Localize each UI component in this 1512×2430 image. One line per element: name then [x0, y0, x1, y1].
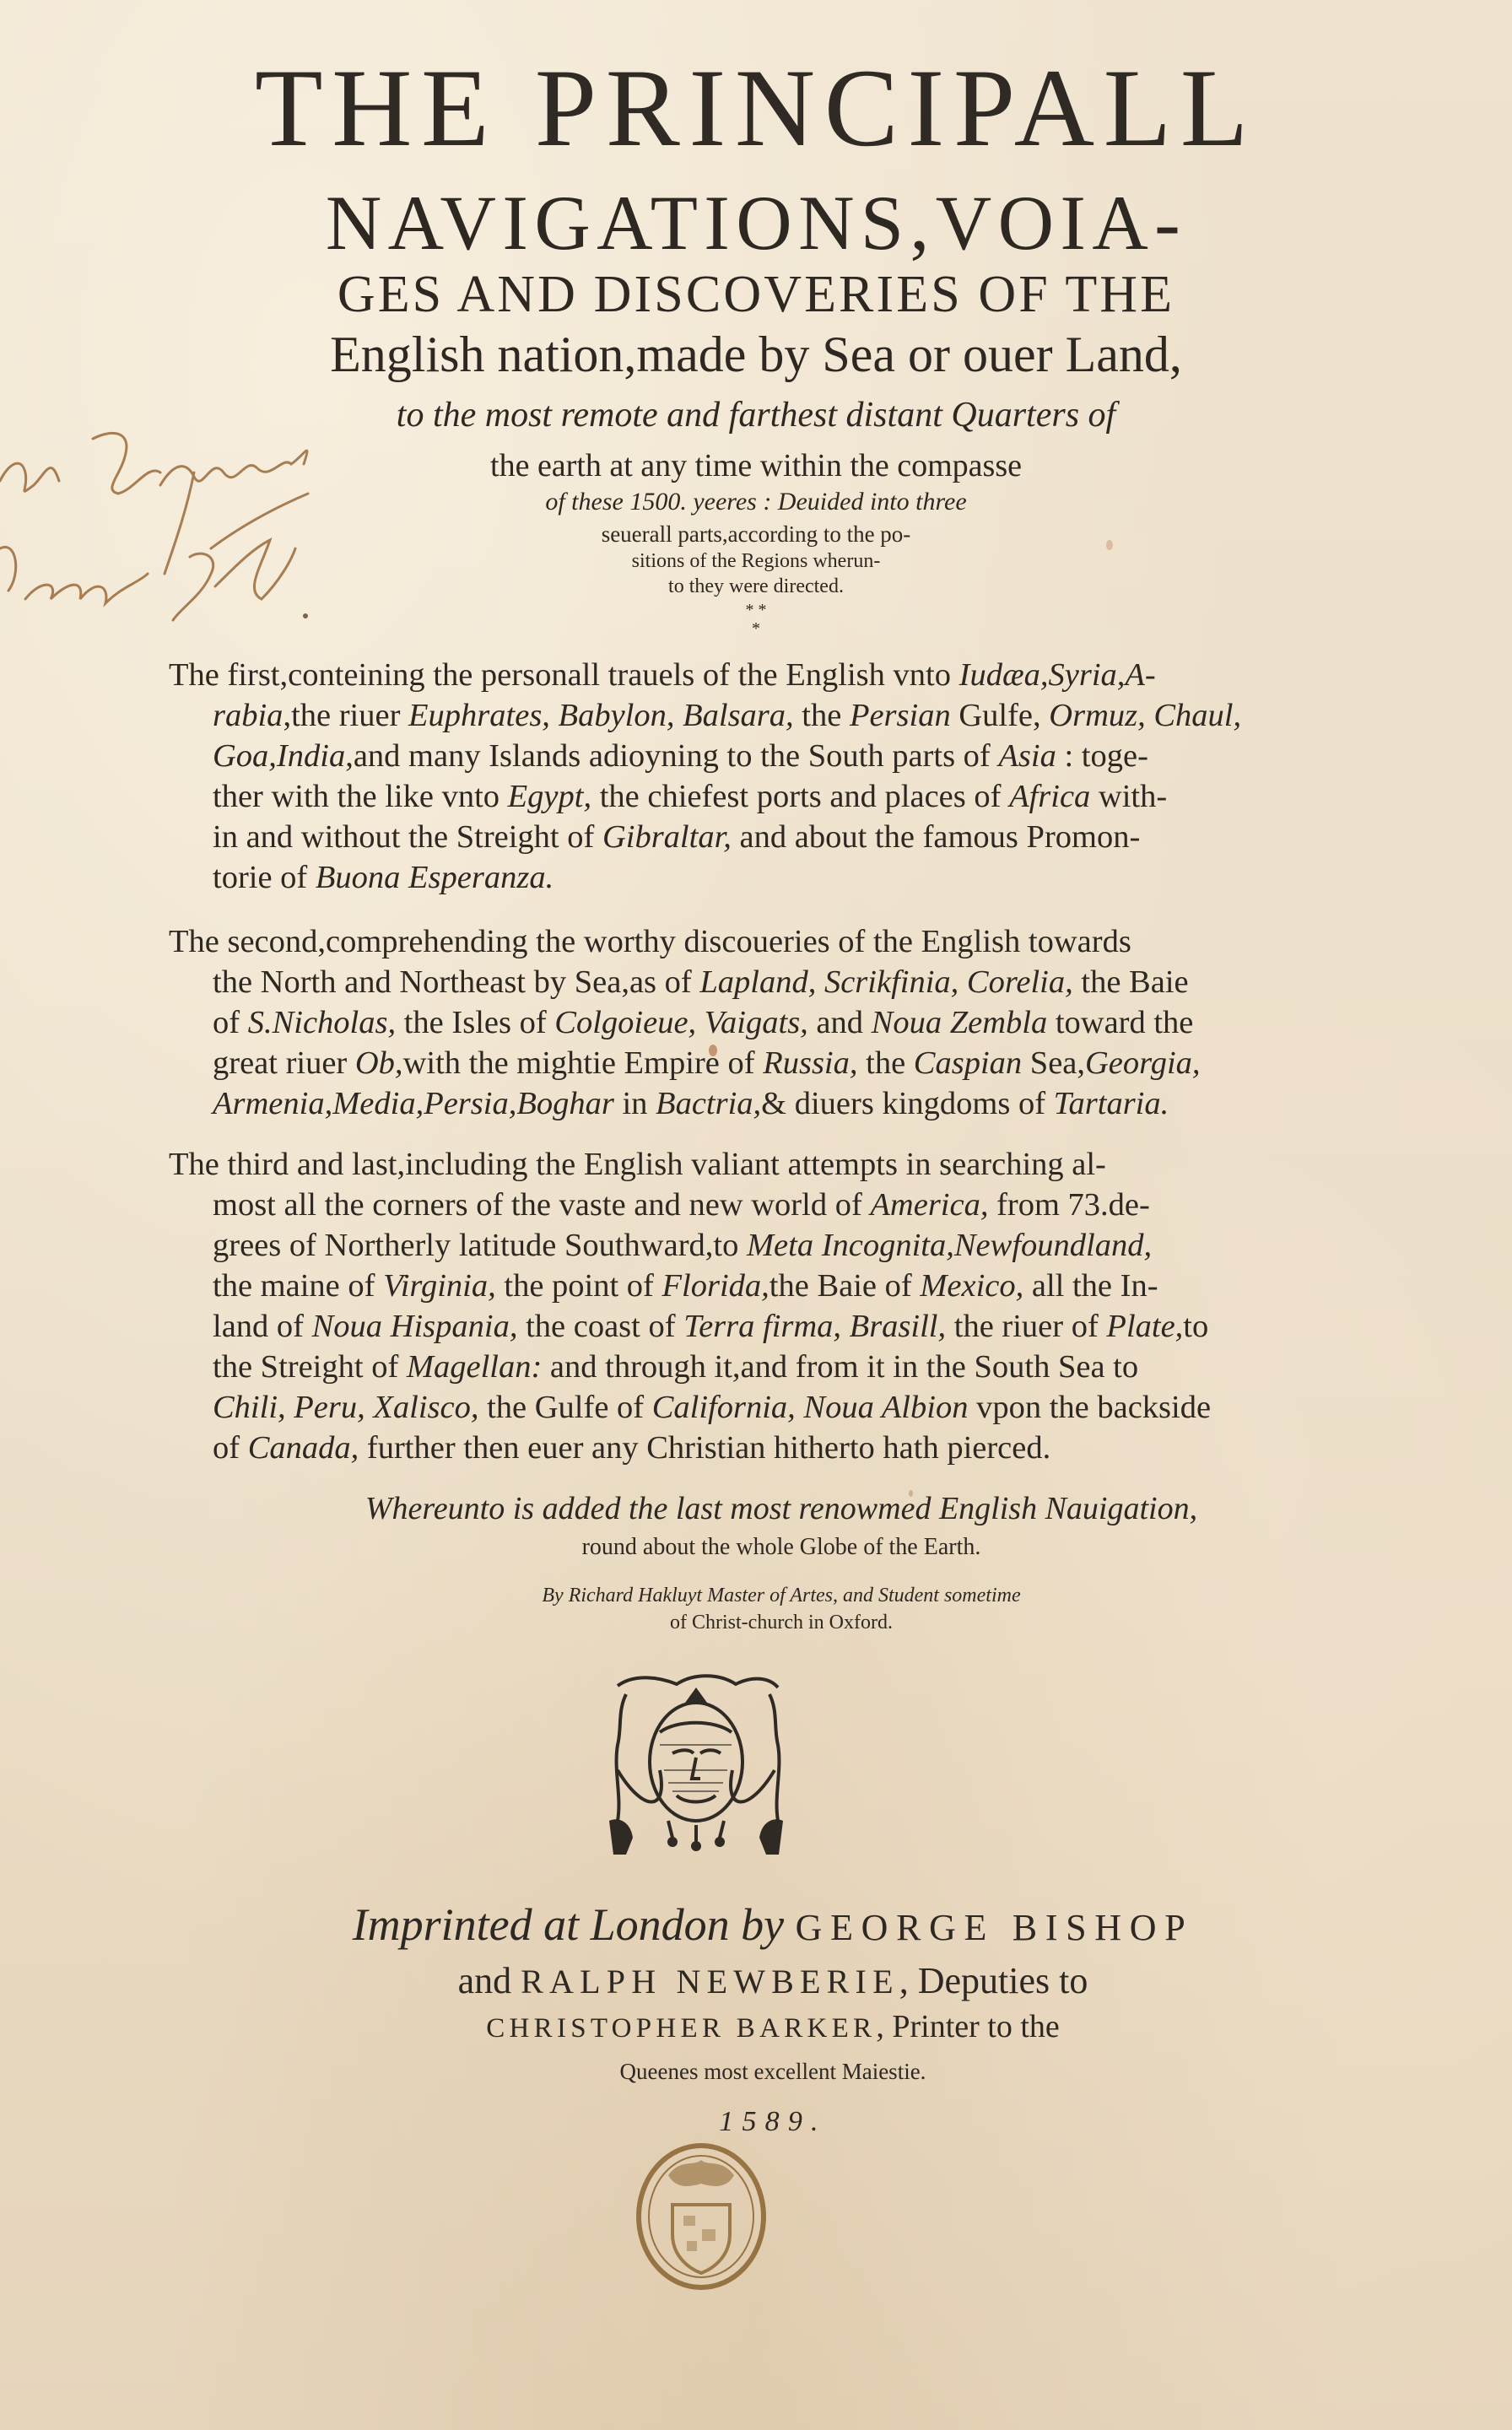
part-first-line-4: ther with the like vnto Egypt, the chief…: [169, 776, 1282, 817]
part-third-line-8: of Canada, further then euer any Christi…: [169, 1428, 1282, 1468]
part-second-line-1: The second,comprehending the worthy disc…: [169, 921, 1282, 962]
title-page: THE PRINCIPALL NAVIGATIONS,VOIA- GES AND…: [0, 0, 1512, 2430]
author-line-2: of Christ-church in Oxford.: [25, 1612, 1512, 1634]
part-first-paragraph: The first,conteining the personall traue…: [169, 655, 1282, 898]
part-second-line-5: Armenia,Media,Persia,Boghar in Bactria,&…: [169, 1083, 1282, 1124]
part-first-line-1: The first,conteining the personall traue…: [169, 655, 1282, 695]
author-line-1: By Richard Hakluyt Master of Artes, and …: [25, 1585, 1512, 1607]
part-third-line-4: the maine of Virginia, the point of Flor…: [169, 1266, 1282, 1306]
part-third-line-1: The third and last,including the English…: [169, 1144, 1282, 1185]
foxing-spot: [909, 1490, 913, 1497]
imprint-line-3: Christopher Barker, Printer to the: [17, 2008, 1512, 2045]
part-second-paragraph: The second,comprehending the worthy disc…: [169, 921, 1282, 1124]
title-line-4: English nation,made by Sea or ouer Land,: [0, 329, 1512, 380]
part-first-line-2: rabia,the riuer Euphrates, Babylon, Bals…: [169, 695, 1282, 736]
publication-year: 1589.: [17, 2106, 1512, 2138]
title-line-3: GES AND DISCOVERIES OF THE: [0, 268, 1512, 321]
part-second-line-4: great riuer Ob,with the mightie Empire o…: [169, 1043, 1282, 1083]
addendum-line-2: round about the whole Globe of the Earth…: [25, 1534, 1512, 1561]
part-second-line-2: the North and Northeast by Sea,as of Lap…: [169, 962, 1282, 1002]
foxing-spot: [1106, 540, 1113, 550]
title-line-2: NAVIGATIONS,VOIA-: [0, 184, 1512, 262]
imprint-line-2: and Ralph Newberie, Deputies to: [17, 1959, 1512, 2002]
part-third-line-2: most all the corners of the vaste and ne…: [169, 1185, 1282, 1225]
foxing-spot: [709, 1045, 717, 1056]
woodcut-mask-ornament-icon: [601, 1669, 791, 1858]
addendum-line-1: Whereunto is added the last most renowme…: [25, 1490, 1512, 1527]
imprint-line-4: Queenes most excellent Maiestie.: [17, 2059, 1512, 2085]
part-third-line-5: land of Noua Hispania, the coast of Terr…: [169, 1306, 1282, 1347]
part-third-line-7: Chili, Peru, Xalisco, the Gulfe of Calif…: [169, 1387, 1282, 1428]
part-first-line-6: torie of Buona Esperanza.: [169, 857, 1282, 898]
part-third-line-6: the Streight of Magellan: and through it…: [169, 1347, 1282, 1387]
armorial-shield-stamp-icon: [634, 2141, 768, 2292]
imprint-line-1: Imprinted at London by George Bishop: [17, 1902, 1512, 1947]
part-third-paragraph: The third and last,including the English…: [169, 1144, 1282, 1468]
part-first-line-5: in and without the Streight of Gibraltar…: [169, 817, 1282, 857]
handwritten-signature-marginalia: [0, 405, 337, 624]
part-second-line-3: of S.Nicholas, the Isles of Colgoieue, V…: [169, 1002, 1282, 1043]
part-first-line-3: Goa,India,and many Islands adioyning to …: [169, 736, 1282, 776]
part-third-line-3: grees of Northerly latitude Southward,to…: [169, 1225, 1282, 1266]
title-line-1: THE PRINCIPALL: [0, 52, 1512, 164]
